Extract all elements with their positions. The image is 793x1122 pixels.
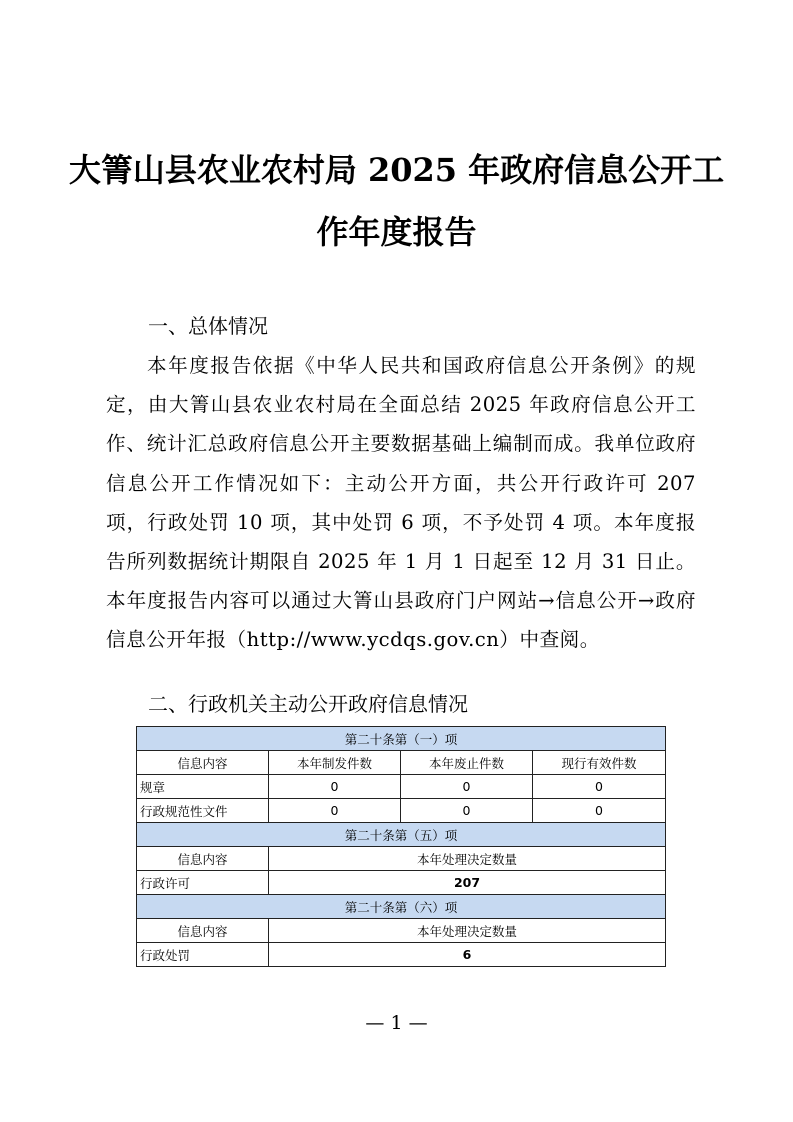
cell-value: 0 xyxy=(401,775,533,799)
column-header: 本年处理决定数量 xyxy=(269,847,666,871)
section-1-heading: 一、总体情况 xyxy=(148,312,268,340)
cell-value: 207 xyxy=(269,871,666,895)
row-label: 行政处罚 xyxy=(137,943,269,967)
table-header-row: 信息内容 本年处理决定数量 xyxy=(137,919,666,943)
column-header: 信息内容 xyxy=(137,847,269,871)
table-section-row: 第二十条第（六）项 xyxy=(137,895,666,919)
table-section-row: 第二十条第（五）项 xyxy=(137,823,666,847)
section-1-paragraph: 本年度报告依据《中华人民共和国政府信息公开条例》的规定，由大箐山县农业农村局在全… xyxy=(106,346,696,660)
column-header: 本年制发件数 xyxy=(269,751,401,775)
table-row: 行政规范性文件 0 0 0 xyxy=(137,799,666,823)
disclosure-table: 第二十条第（一）项 信息内容 本年制发件数 本年废止件数 现行有效件数 规章 0… xyxy=(136,726,666,967)
block3-title: 第二十条第（六）项 xyxy=(137,895,666,919)
column-header: 本年废止件数 xyxy=(401,751,533,775)
table-row: 行政处罚 6 xyxy=(137,943,666,967)
cell-value: 0 xyxy=(269,799,401,823)
row-label: 规章 xyxy=(137,775,269,799)
cell-value: 0 xyxy=(269,775,401,799)
table-header-row: 信息内容 本年处理决定数量 xyxy=(137,847,666,871)
column-header: 信息内容 xyxy=(137,751,269,775)
cell-value: 0 xyxy=(401,799,533,823)
table-row: 规章 0 0 0 xyxy=(137,775,666,799)
column-header: 现行有效件数 xyxy=(533,751,666,775)
row-label: 行政规范性文件 xyxy=(137,799,269,823)
block2-title: 第二十条第（五）项 xyxy=(137,823,666,847)
cell-value: 0 xyxy=(533,799,666,823)
table-header-row: 信息内容 本年制发件数 本年废止件数 现行有效件数 xyxy=(137,751,666,775)
section-2-heading: 二、行政机关主动公开政府信息情况 xyxy=(148,690,468,718)
row-label: 行政许可 xyxy=(137,871,269,895)
page-number: — 1 — xyxy=(0,1012,793,1034)
block1-title: 第二十条第（一）项 xyxy=(137,727,666,751)
report-title-line-1: 大箐山县农业农村局 2025 年政府信息公开工 xyxy=(0,150,793,190)
cell-value: 6 xyxy=(269,943,666,967)
report-title-line-2: 作年度报告 xyxy=(0,212,793,252)
column-header: 信息内容 xyxy=(137,919,269,943)
column-header: 本年处理决定数量 xyxy=(269,919,666,943)
table-section-row: 第二十条第（一）项 xyxy=(137,727,666,751)
table-row: 行政许可 207 xyxy=(137,871,666,895)
cell-value: 0 xyxy=(533,775,666,799)
